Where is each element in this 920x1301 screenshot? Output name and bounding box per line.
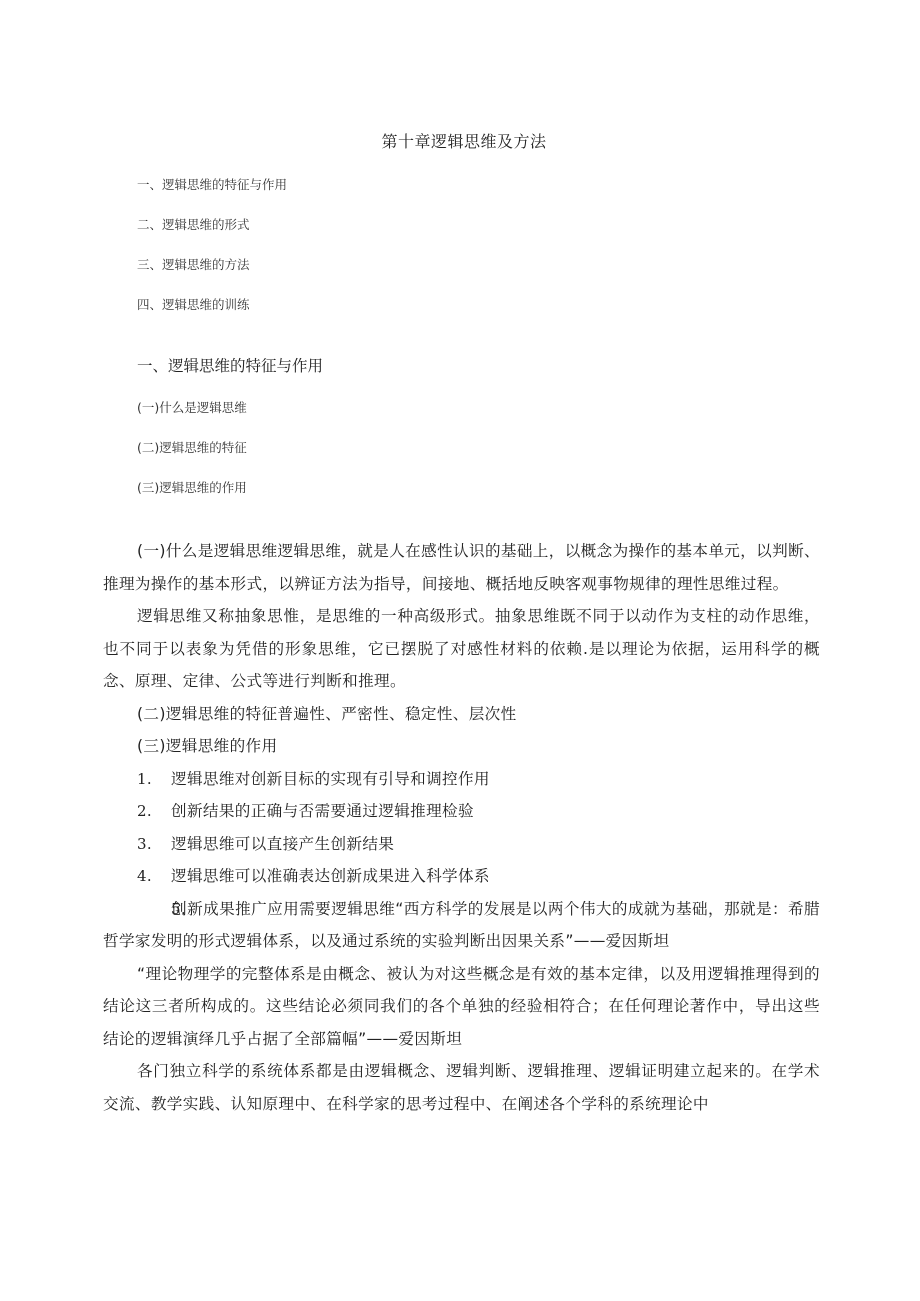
list-item: 3.逻辑思维可以直接产生创新结果 [103, 828, 820, 861]
document-page: 第十章逻辑思维及方法 一、逻辑思维的特征与作用 二、逻辑思维的形式 三、逻辑思维… [0, 0, 920, 1301]
list-item: 1.逻辑思维对创新目标的实现有引导和调控作用 [103, 763, 820, 796]
chapter-title: 第十章逻辑思维及方法 [0, 131, 920, 153]
toc-item: 四、逻辑思维的训练 [137, 296, 250, 314]
list-number: 3. [137, 828, 171, 861]
list-number: 4. [137, 860, 171, 893]
section-subitem: (二)逻辑思维的特征 [137, 439, 247, 457]
list-item: 2.创新结果的正确与否需要通过逻辑推理检验 [103, 795, 820, 828]
list-item: 4.逻辑思维可以准确表达创新成果进入科学体系 [103, 860, 820, 893]
list-text: 逻辑思维可以直接产生创新结果 [171, 835, 394, 853]
paragraph-features: (二)逻辑思维的特征普遍性、严密性、稳定性、层次性 [103, 698, 820, 731]
list-text: 逻辑思维可以准确表达创新成果进入科学体系 [171, 867, 490, 885]
paragraph-science-systems: 各门独立科学的系统体系都是由逻辑概念、逻辑判断、逻辑推理、逻辑证明建立起来的。在… [103, 1055, 820, 1120]
list-text: 创新成果推广应用需要逻辑思维“西方科学的发展是以两个伟大的成就为基础，那就是：希… [103, 900, 820, 951]
toc-item: 一、逻辑思维的特征与作用 [137, 176, 287, 194]
body-text: (一)什么是逻辑思维逻辑思维，就是人在感性认识的基础上，以概念为操作的基本单元，… [103, 535, 820, 1120]
list-number: 5. [137, 893, 171, 926]
list-number: 2. [137, 795, 171, 828]
list-item-5: 5.创新成果推广应用需要逻辑思维“西方科学的发展是以两个伟大的成就为基础，那就是… [103, 893, 820, 958]
paragraph-role-heading: (三)逻辑思维的作用 [103, 730, 820, 763]
paragraph-abstract-thinking: 逻辑思维又称抽象思惟，是思维的一种高级形式。抽象思维既不同于以动作为支柱的动作思… [103, 600, 820, 698]
section-heading: 一、逻辑思维的特征与作用 [137, 355, 323, 377]
toc-item: 三、逻辑思维的方法 [137, 256, 250, 274]
list-text: 逻辑思维对创新目标的实现有引导和调控作用 [171, 770, 490, 788]
paragraph-definition: (一)什么是逻辑思维逻辑思维，就是人在感性认识的基础上，以概念为操作的基本单元，… [103, 535, 820, 600]
section-subitem: (三)逻辑思维的作用 [137, 479, 247, 497]
list-number: 1. [137, 763, 171, 796]
toc-item: 二、逻辑思维的形式 [137, 216, 250, 234]
list-text: 创新结果的正确与否需要通过逻辑推理检验 [171, 802, 474, 820]
paragraph-einstein-quote: “理论物理学的完整体系是由概念、被认为对这些概念是有效的基本定律，以及用逻辑推理… [103, 958, 820, 1056]
section-subitem: (一)什么是逻辑思维 [137, 399, 247, 417]
